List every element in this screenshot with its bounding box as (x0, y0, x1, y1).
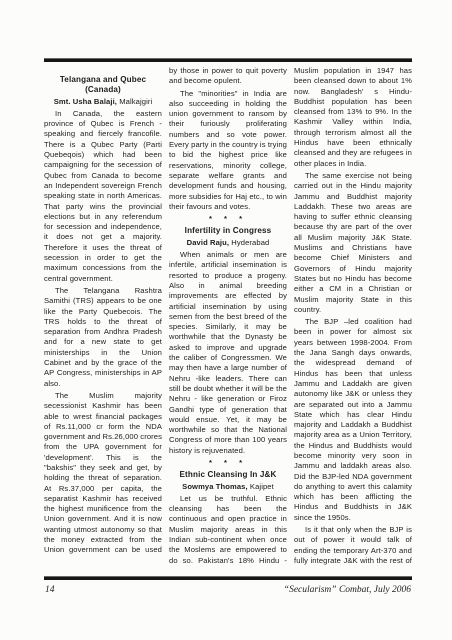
page-number: 14 (45, 585, 55, 595)
author-line: David Raju, Hyderabad (169, 238, 287, 248)
journal-title-footer: “Secularism” Combat, July 2006 (284, 585, 411, 595)
author-place: Kajipet (248, 482, 274, 491)
article-title: Telangana and Qubec (Canada) (44, 75, 162, 96)
article-title: Ethnic Cleansing In J&K (169, 470, 287, 480)
author-line: Sowmya Thomas, Kajipet (169, 482, 287, 492)
author-name: Smt. Usha Balaji, (54, 97, 117, 106)
top-rule (44, 58, 412, 62)
paragraph: The Telangana Rashtra Samithi (TRS) appe… (44, 286, 162, 389)
paragraph: In Canada, the eastern province of Qubec… (44, 109, 162, 284)
section-separator: * * * (169, 214, 287, 224)
paragraph: The same exercise not being carried out … (294, 171, 412, 315)
paragraph: When animals or men are infertile, artif… (169, 250, 287, 456)
author-name: David Raju, (187, 238, 229, 247)
bottom-rule (44, 576, 412, 580)
author-line: Smt. Usha Balaji, Malkajgiri (44, 97, 162, 107)
article-title: Infertility in Congress (169, 226, 287, 236)
author-place: Hyderabad (229, 238, 269, 247)
article-columns: Telangana and Qubec (Canada) Smt. Usha B… (44, 66, 412, 576)
author-place: Malkajgiri (117, 97, 152, 106)
content-frame: Telangana and Qubec (Canada) Smt. Usha B… (44, 58, 412, 595)
paragraph: The BJP –led coalition had been in power… (294, 317, 412, 523)
section-separator: * * * (169, 458, 287, 468)
page-footer: 14 “Secularism” Combat, July 2006 (44, 583, 412, 595)
magazine-page: Telangana and Qubec (Canada) Smt. Usha B… (0, 0, 452, 640)
author-name: Sowmya Thomas, (182, 482, 248, 491)
paragraph: The "minorities" in India are also succe… (169, 89, 287, 213)
